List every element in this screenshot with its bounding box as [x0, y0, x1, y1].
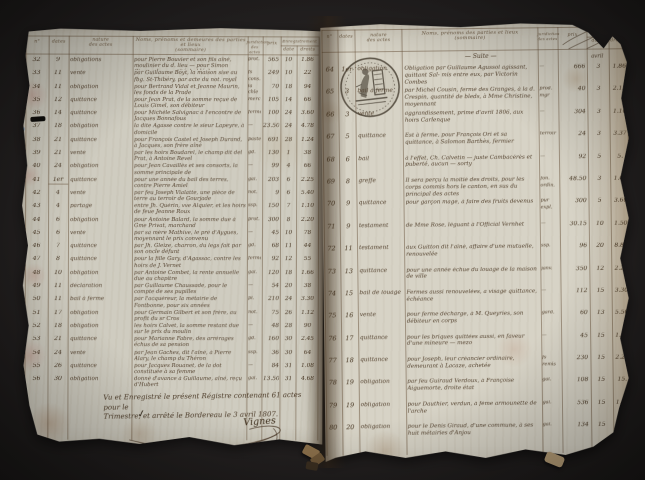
table-row: 329obligationspour Pierre Bouvier et son… [20, 56, 323, 69]
row-cell: quittance [70, 336, 130, 342]
table-row: 446obligationpour Antoine Balard, la som… [20, 216, 323, 229]
row-cell: 5 [591, 198, 609, 205]
row-cell: 15 [592, 377, 610, 384]
table-row: 3718obligationla dite Agasse contre le s… [20, 122, 323, 135]
row-cell: vente [70, 190, 130, 196]
row-cell: 50 [25, 296, 48, 302]
row-cell: 78 [325, 380, 340, 387]
row-cell: 26 [49, 363, 67, 369]
row-cell: pour Bertrand Vidal et Jeanne Maurin, le… [134, 84, 246, 97]
row-cell: obligation [70, 84, 130, 90]
row-cell: 65 [323, 89, 338, 96]
row-cell: obligation [361, 424, 405, 431]
table-row: 4911déclarationpar Guillaume Chaussade, … [20, 282, 323, 295]
row-cell: 73 [324, 268, 339, 275]
row-cell: 46 [25, 243, 48, 249]
table-row: 8020obligationpour le Denis Giraud, d'un… [325, 421, 637, 446]
row-cell: gal. [248, 270, 261, 276]
row-cell: 7 [49, 243, 67, 249]
row-cell: 96 [562, 243, 587, 250]
row-cell: 134 [564, 422, 589, 429]
row-cell: 11 [341, 245, 356, 252]
row-cell: à l'effet, Ch. Calvetin — juste Cambacér… [405, 154, 537, 177]
row-cell: par feu Joseph Vialatte, une pièce de te… [134, 190, 246, 203]
row-cell: 15 [591, 288, 609, 295]
row-cell: pour Joseph, leur créancier ordinaire, d… [407, 356, 539, 379]
table-row: 5011bail à fermepar l'acquéreur, la méta… [20, 295, 323, 308]
row-cell: gd. [248, 243, 261, 249]
row-cell: 12 [49, 97, 67, 103]
row-cell: 40 [561, 86, 586, 93]
row-cell: 17 [342, 335, 357, 342]
table-row: 4810obligationpar Antoine Combet, la ren… [20, 269, 323, 282]
row-cell: 45 [563, 333, 588, 340]
header-dates: dates [49, 40, 69, 45]
row-cell: 300 [562, 198, 587, 205]
row-cell: 18 [49, 123, 67, 129]
row-cell: gd. [248, 336, 261, 342]
row-cell: prod. mgr [540, 87, 558, 101]
table-row: 5424ventepar Jean Gaches, dit l'aîné, à … [20, 349, 323, 362]
row-cell: 38 [25, 137, 48, 143]
row-cell: obligation [70, 217, 130, 223]
row-cell: 100 [263, 110, 279, 116]
row-cell: 10 [282, 230, 295, 236]
row-cell: 92 [561, 154, 586, 161]
row-cell: 4.78 [298, 123, 317, 129]
row-cell: 5 [340, 133, 355, 140]
row-cell: 8 [282, 217, 295, 223]
row-cell: 21 [49, 336, 67, 342]
row-cell: 41 [25, 177, 48, 183]
corner-scribbles [556, 18, 626, 53]
row-cell: 3 [590, 176, 608, 183]
row-cell: pour Dauthier, verdun, à fème armounette… [408, 400, 540, 423]
table-row: 7919obligationpour Dauthier, verdun, à f… [325, 398, 637, 423]
row-cell: 4.40 [614, 422, 632, 429]
row-cell: 15 [592, 332, 610, 339]
row-cell: 30 [282, 336, 295, 342]
row-cell: 1er [339, 66, 354, 73]
row-cell: 68 [263, 243, 279, 249]
row-cell: 15 [593, 422, 611, 429]
row-cell: par Jean Gaches, dit l'aîné, à Pierre Al… [134, 350, 246, 363]
row-cell: gal. [248, 177, 261, 183]
row-cell: 79 [326, 402, 341, 409]
row-cell: 11 [49, 84, 67, 90]
row-cell: quittance [360, 357, 404, 364]
row-cell: 18 [342, 357, 357, 364]
table-row: 424ventepar feu Joseph Vialatte, une piè… [20, 189, 323, 202]
row-cell: 48 [25, 270, 48, 276]
header-dates: dates [337, 35, 354, 40]
row-cell: 11 [49, 283, 67, 289]
row-cell: 24 [49, 350, 67, 356]
header-no: n° [26, 39, 49, 44]
row-cell: vente [360, 312, 404, 319]
row-cell: 34 [25, 84, 48, 90]
row-cell: 1.10 [613, 332, 631, 339]
row-cell: 60 [563, 310, 588, 317]
row-cell: 11 [282, 243, 295, 249]
row-cell: 1.10 [298, 203, 317, 209]
table-row: 7415bail de louageFermes aussi renouvelé… [323, 286, 635, 311]
row-cell: 16 [342, 312, 357, 319]
table-row: 3821quittancepour François Castel et Jos… [20, 136, 323, 149]
row-cell: 40 [25, 163, 48, 169]
row-cell: ssp. [248, 350, 261, 356]
row-cell: pour les briques quittées aussi, en fave… [407, 333, 539, 356]
row-cell: 4 [282, 163, 295, 169]
row-cell: 53 [25, 336, 48, 342]
table-row: 719testamentde Mme Rose, léguant à l'Off… [323, 219, 635, 244]
row-cell: — [248, 283, 261, 289]
blue-speck [21, 267, 23, 270]
row-cell: 6 [282, 190, 295, 196]
row-cell: 24 [282, 123, 295, 129]
row-cell: 44 [298, 243, 317, 249]
row-cell: 30 [282, 350, 295, 356]
row-cell: testament [359, 245, 403, 252]
row-cell: 10 [591, 220, 609, 227]
row-cell: aggrandissement, prime d'avril 1806, aux… [405, 109, 537, 132]
row-cell: 15. [613, 377, 631, 384]
row-cell: 2.20 [298, 217, 317, 223]
row-cell: Fermes aussi renouvelées, a visage quitt… [406, 288, 538, 311]
row-cell: 3.60 [612, 198, 630, 205]
row-cell: 74 [324, 290, 339, 297]
row-cell: 22 [298, 70, 317, 76]
row-cell: 1.10 [611, 108, 629, 115]
row-cell: 54 [25, 350, 48, 356]
row-cell: vente [70, 230, 130, 236]
row-cell: 9 [341, 223, 356, 230]
row-cell: 2.20 [613, 355, 631, 362]
row-cell: 51 [25, 310, 48, 316]
row-cell: 1.65 [611, 176, 629, 183]
row-cell: 20 [591, 243, 609, 250]
row-cell: 24 [282, 110, 295, 116]
row-cell: par Guillaume Boyt, la maison sise au fb… [134, 70, 246, 83]
table-row: 3512quittancepour Jean Prat, de la somme… [20, 96, 323, 109]
table-row: 3311ventepar Guillaume Boyt, la maison s… [20, 69, 323, 82]
month-label: avril [587, 53, 608, 59]
register-table-right: 641erobligationObligation par Guillaume … [321, 63, 637, 447]
row-cell: 7 [282, 203, 295, 209]
row-cell: Il sera perçu la moitié des droits, pour… [405, 176, 537, 199]
row-cell: donné d'avance à Guillaume, aîné, reçu d… [134, 376, 246, 389]
row-cell: 35 [25, 97, 48, 103]
row-cell: obligation [70, 376, 130, 382]
section-heading: — Suite — [441, 52, 521, 60]
row-cell: prot. [248, 57, 261, 63]
header-enreg-droits: droits [298, 47, 318, 52]
row-cell: 8 [340, 178, 355, 185]
row-cell: 45 [263, 230, 279, 236]
row-cell: Obligation par Guillaume Agussol agissan… [404, 64, 536, 87]
row-cell: 24 [282, 296, 295, 302]
row-cell: 3 [590, 131, 608, 138]
column-rule [627, 62, 633, 442]
row-cell: quittance [70, 137, 130, 143]
row-cell: pour la fille Gary, d'Agassac, contre le… [134, 256, 246, 269]
row-cell: 130 [263, 150, 279, 156]
row-cell: pour François Castel et Joseph Durand, à… [134, 137, 246, 150]
row-cell: 565 [263, 57, 279, 63]
table-row: 7819obligationpar feu Guiraud Verdoux, à… [324, 376, 636, 401]
row-cell: 76 [325, 335, 340, 342]
row-cell: 300 [263, 217, 279, 223]
row-cell: 21 [49, 150, 67, 156]
row-cell: 15 [593, 400, 611, 407]
row-cell: — [541, 221, 559, 228]
row-cell: quittance [358, 133, 402, 140]
row-cell: 30 [49, 376, 67, 382]
row-cell: fon. ordin. [540, 176, 558, 190]
row-cell: 13.50 [263, 376, 279, 382]
row-cell: 112 [562, 288, 587, 295]
row-cell: pour Jean Cavaillès et ses consorts, la … [134, 163, 246, 176]
row-cell: obligations [70, 57, 130, 63]
row-cell: 4 [49, 190, 67, 196]
table-row: 7617quittancepour les briques quittées a… [324, 331, 636, 356]
row-cell: 49 [25, 283, 48, 289]
row-cell: par feu Guiraud Verdoux, à Françoise Aig… [407, 378, 539, 401]
row-cell: quittance [70, 97, 130, 103]
row-cell: obligation [70, 323, 130, 329]
row-cell: obligation [361, 402, 405, 409]
row-cell: fs remis [542, 355, 560, 369]
row-cell: pastel [248, 137, 261, 143]
row-cell: 39 [25, 150, 48, 156]
table-row: 686bailà l'effet, Ch. Calvetin — juste C… [322, 152, 634, 177]
row-cell: not. [248, 310, 261, 316]
row-cell: bail à ferme [70, 296, 130, 302]
row-cell: 38 [298, 150, 317, 156]
row-cell: pour garçon mage, à faire des fruits dev… [406, 199, 538, 222]
table-row: 411erquittancepour une année du bail des… [20, 176, 323, 189]
row-cell: la dite Agasse contre le sieur Lapeyre, … [134, 123, 246, 136]
row-cell: prot. [248, 217, 261, 223]
closing-line1: Vu et Enregistré le présent Régistre con… [103, 391, 301, 411]
row-cell: par Jh. Gleize, charron, du legs fait pa… [134, 243, 246, 256]
row-cell: greffe [358, 178, 402, 185]
row-cell: merc. [248, 97, 261, 103]
row-cell: vente [70, 150, 130, 156]
row-cell: 44 [25, 217, 48, 223]
row-cell: 37 [25, 123, 48, 129]
left-page: n° dates nature des actes Noms, prénoms … [19, 25, 323, 450]
row-cell: terroir [540, 131, 558, 138]
row-cell: 3 [590, 109, 608, 116]
row-cell: 1.66 [298, 270, 317, 276]
table-row: 653bail à fermepar Michel Cousin, fermé … [322, 85, 634, 110]
row-cell: 42 [25, 190, 48, 196]
row-cell: obligation [357, 66, 401, 73]
row-cell: 77 [325, 357, 340, 364]
row-cell: obligation [70, 163, 130, 169]
row-cell: quittance [359, 267, 403, 274]
row-cell: 66 [323, 111, 338, 118]
row-cell: 11 [49, 296, 67, 302]
row-cell: 14 [282, 97, 295, 103]
row-cell: de Mme Rose, léguant à l'Official Vernhe… [406, 221, 538, 244]
row-cell: vente [70, 350, 130, 356]
row-cell: 1.50 [612, 220, 630, 227]
row-cell: 36 [25, 110, 48, 116]
row-cell: 304 [561, 109, 586, 116]
row-cell: quittance [70, 256, 130, 262]
row-cell: — [540, 154, 558, 161]
row-cell: — [540, 109, 558, 116]
row-cell: 18 [282, 84, 295, 90]
row-cell: pl. [248, 296, 261, 302]
row-cell: vente [358, 111, 402, 118]
header-rule [281, 45, 319, 46]
row-cell: obligation [360, 379, 404, 386]
header-enreg-date: date [281, 47, 297, 52]
row-cell: 150 [263, 203, 279, 209]
row-cell: pour Jean Prat, de la somme reçue de Lou… [134, 97, 246, 110]
row-cell: obligation [70, 270, 130, 276]
row-cell: 4.68 [298, 376, 317, 382]
row-cell: 15 [592, 355, 610, 362]
row-cell: 6 [49, 217, 67, 223]
row-cell: 31 [282, 376, 295, 382]
row-cell: pour une année du bail des terres, contr… [134, 177, 246, 190]
row-cell: quittance [70, 243, 130, 249]
row-cell: 1.24 [298, 137, 317, 143]
row-cell: gal. [542, 378, 560, 385]
row-cell: 6 [340, 156, 355, 163]
row-cell: — [248, 323, 261, 329]
row-cell: — [248, 363, 261, 369]
row-cell: pour Jacques Rouanet, de la dot constitu… [134, 363, 246, 376]
photo-background: n° dates nature des actes Noms, prénoms … [0, 0, 645, 480]
row-cell: 80 [326, 425, 341, 432]
row-cell: pur expl. [541, 199, 559, 213]
row-cell: testament [359, 222, 403, 229]
row-cell: pour le Denis Giraud, d'une commune, à s… [408, 423, 540, 446]
row-cell: 54 [263, 283, 279, 289]
row-cell: 31 [282, 363, 295, 369]
right-page: n° dates nature des actes Noms, prénoms … [320, 18, 637, 468]
row-cell: entre Jh. Quérin, vve Alquier, et les ho… [134, 203, 246, 216]
row-cell: 18 [282, 270, 295, 276]
row-cell: pour ferme décharge, à M. Queyries, son … [407, 311, 539, 334]
row-cell: 12 [591, 265, 609, 272]
row-cell: 3 [340, 111, 355, 118]
row-cell: 12 [282, 256, 295, 262]
row-cell: 9 [49, 57, 67, 63]
row-cell: 24 [561, 131, 586, 138]
row-cell: 5. [611, 153, 629, 160]
row-cell: — [248, 123, 261, 129]
row-cell: 11 [49, 70, 67, 76]
row-cell: 203 [263, 177, 279, 183]
row-cell: 2.25 [298, 177, 317, 183]
row-cell: par sa mère Mathive, le pré d'Aygues, mo… [134, 230, 246, 243]
row-cell: 78 [298, 230, 317, 236]
row-cell: pour Michèle Salvignac à l'encontre de J… [134, 110, 246, 123]
table-row: 663venteaggrandissement, prime d'avril 1… [322, 107, 634, 132]
row-cell: 28 [282, 323, 295, 329]
table-row: 3614quittancepour Michèle Salvignac à l'… [20, 109, 323, 122]
header-names: Noms, prénoms des parties et lieux (somm… [402, 30, 537, 42]
row-cell: 1.10 [614, 399, 632, 406]
row-cell: 2.25 [612, 265, 630, 272]
signature-paraph [123, 422, 293, 457]
row-cell: 66 [298, 163, 317, 169]
ink-blot [30, 116, 45, 122]
row-cell: par l'acquéreur, la métairie de Fontbonn… [134, 296, 246, 309]
row-cell: gal. [543, 400, 561, 407]
row-cell: 13 [592, 310, 610, 317]
row-cell: 6 [49, 230, 67, 236]
row-cell: 30.15 [562, 221, 587, 228]
row-cell: 20 [282, 283, 295, 289]
row-cell: 33 [25, 70, 48, 76]
row-cell: 1er [49, 177, 67, 183]
row-cell: les hoirs Calvet, la somme restant due s… [134, 323, 246, 336]
row-cell: 94 [298, 84, 317, 90]
row-cell: 72 [324, 245, 339, 252]
table-row: 7313quittancepour une année échue du lou… [323, 264, 635, 289]
row-cell: 36 [263, 350, 279, 356]
row-cell: 92 [263, 256, 279, 262]
row-cell: — [248, 163, 261, 169]
row-cell: 26 [282, 310, 295, 316]
row-cell: 38 [298, 283, 317, 289]
row-cell: 64 [322, 66, 337, 73]
row-cell: pour Antoine Balard, la somme due à Gme … [134, 217, 246, 230]
row-cell: aux Guitton dit l'aîné, affaire d'une mu… [406, 244, 538, 267]
row-cell: 47 [25, 256, 48, 262]
row-cell: 48 [263, 323, 279, 329]
table-row: 641erobligationObligation par Guillaume … [321, 63, 633, 88]
row-cell: 43 [25, 203, 48, 209]
table-row: 709quittancepour garçon mage, à faire de… [323, 197, 635, 222]
row-cell: 105 [263, 97, 279, 103]
row-cell: 4 [49, 203, 67, 209]
row-cell: 350 [562, 265, 587, 272]
header-nature: nature des actes [355, 33, 401, 44]
row-cell: 1.86 [610, 64, 628, 71]
row-cell: 3 [589, 64, 607, 71]
row-cell: gard. [542, 311, 560, 318]
table-row: 3921ventepar les hoirs Boudarel, le cham… [20, 149, 323, 162]
row-cell: 10 [49, 270, 67, 276]
table-row: 3411obligationpour Bertrand Vidal et Jea… [20, 83, 323, 96]
row-cell: 8 [49, 256, 67, 262]
row-cell: la chle [248, 84, 261, 96]
row-cell: 5.40 [298, 190, 317, 196]
table-row: 5117obligationpour Germain Gilbert et so… [20, 309, 323, 322]
row-cell: 71 [324, 223, 339, 230]
row-cell: Est à ferme, pour François Ori et sa qui… [405, 132, 537, 155]
row-cell: 120 [263, 270, 279, 276]
row-cell: not. [248, 190, 261, 196]
table-row: 4024obligationpour Jean Cavaillès et ses… [20, 162, 323, 175]
row-cell: 5.50 [613, 310, 631, 317]
binding-tie [305, 461, 318, 471]
row-cell: 3 [590, 86, 608, 93]
row-cell: 19 [343, 402, 358, 409]
table-row: 7516ventepour ferme décharge, à M. Queyr… [324, 309, 636, 334]
row-cell: 230 [563, 355, 588, 362]
row-cell: gal. [248, 376, 261, 382]
row-cell: 70 [324, 201, 339, 208]
